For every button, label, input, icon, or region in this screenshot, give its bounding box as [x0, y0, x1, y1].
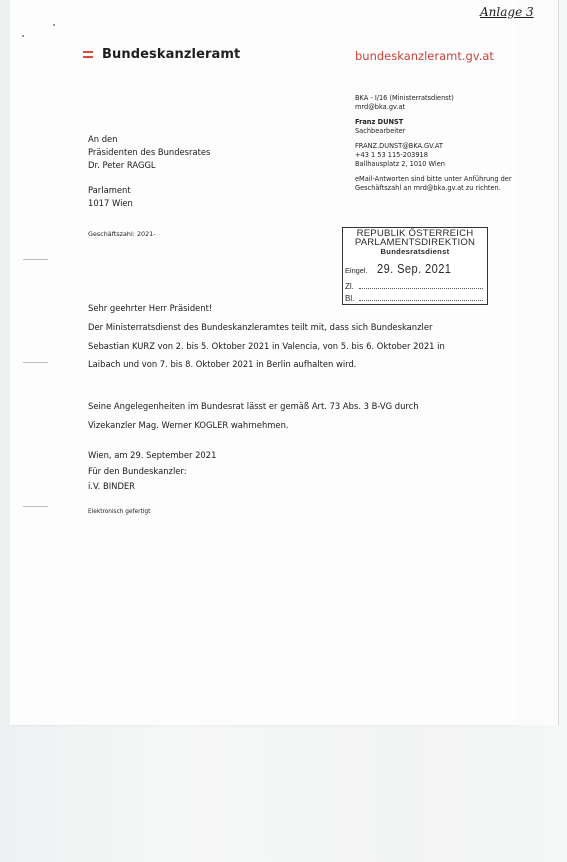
recipient-line: Dr. Peter RAGGL	[88, 159, 210, 172]
sender-block: BKA - I/16 (Ministerratsdienst) mrd@bka.…	[355, 94, 512, 192]
salutation: Sehr geehrter Herr Präsident!	[88, 299, 212, 318]
org-logo: Bundeskanzleramt	[83, 47, 240, 62]
stamp-zl-field	[359, 280, 483, 289]
signatory: i.V. BINDER	[88, 479, 216, 495]
letter-closing: Wien, am 29. September 2021 Für den Bund…	[88, 448, 216, 495]
sender-department: BKA - I/16 (Ministerratsdienst)	[355, 94, 512, 103]
recipient-line: Parlament	[88, 184, 210, 197]
recipient-line: 1017 Wien	[88, 197, 210, 210]
org-name: Bundeskanzleramt	[102, 47, 240, 62]
handwritten-annotation: Anlage 3	[480, 5, 534, 19]
recipient-line: An den	[88, 133, 210, 146]
stamp-received-date: 29. Sep. 2021	[377, 261, 451, 276]
fold-mark	[23, 506, 48, 507]
austria-flag-icon	[83, 50, 93, 59]
sender-department-email[interactable]: mrd@bka.gv.at	[355, 103, 512, 112]
stamp-zl-label: Zl.	[345, 282, 359, 291]
letter-paragraph-1: Der Ministerratsdienst des Bundeskanzler…	[88, 318, 448, 374]
fold-mark	[23, 362, 48, 363]
sender-name: Franz DUNST	[355, 118, 403, 126]
sender-phone: +43 1 53 115-203918	[355, 151, 512, 160]
sender-role: Sachbearbeiter	[355, 127, 512, 136]
fold-mark	[23, 259, 48, 260]
reply-note-line1: eMail-Antworten sind bitte unter Anführu…	[355, 175, 512, 184]
stamp-bl-field	[359, 292, 483, 301]
letter-paragraph-2: Seine Angelegenheiten im Bundesrat lässt…	[88, 397, 448, 434]
place-date: Wien, am 29. September 2021	[88, 448, 216, 464]
stamp-bl-label: Bl.	[345, 294, 359, 303]
reference-number: Geschäftszahl: 2021-	[88, 230, 156, 238]
recipient-address: An den Präsidenten des Bundesrates Dr. P…	[88, 133, 210, 209]
scan-edge	[518, 0, 559, 725]
stamp-line2: PARLAMENTSDIREKTION	[343, 239, 487, 248]
recipient-line: Präsidenten des Bundesrates	[88, 146, 210, 159]
sender-address: Ballhausplatz 2, 1010 Wien	[355, 160, 512, 169]
stamp-received-label: Eingel.	[345, 266, 371, 275]
scan-speck	[53, 24, 55, 26]
scan-speck	[22, 35, 24, 37]
reply-note-line2: Geschäftszahl an mrd@bka.gv.at zu richte…	[355, 184, 512, 193]
sender-email[interactable]: FRANZ.DUNST@BKA.GV.AT	[355, 142, 512, 151]
on-behalf: Für den Bundeskanzler:	[88, 464, 216, 480]
received-stamp: REPUBLIK ÖSTERREICH PARLAMENTSDIREKTION …	[342, 227, 488, 305]
stamp-line3: Bundesratsdienst	[343, 247, 487, 256]
website-link[interactable]: bundeskanzleramt.gv.at	[355, 49, 494, 63]
signature-note: Elektronisch gefertigt	[88, 509, 150, 515]
